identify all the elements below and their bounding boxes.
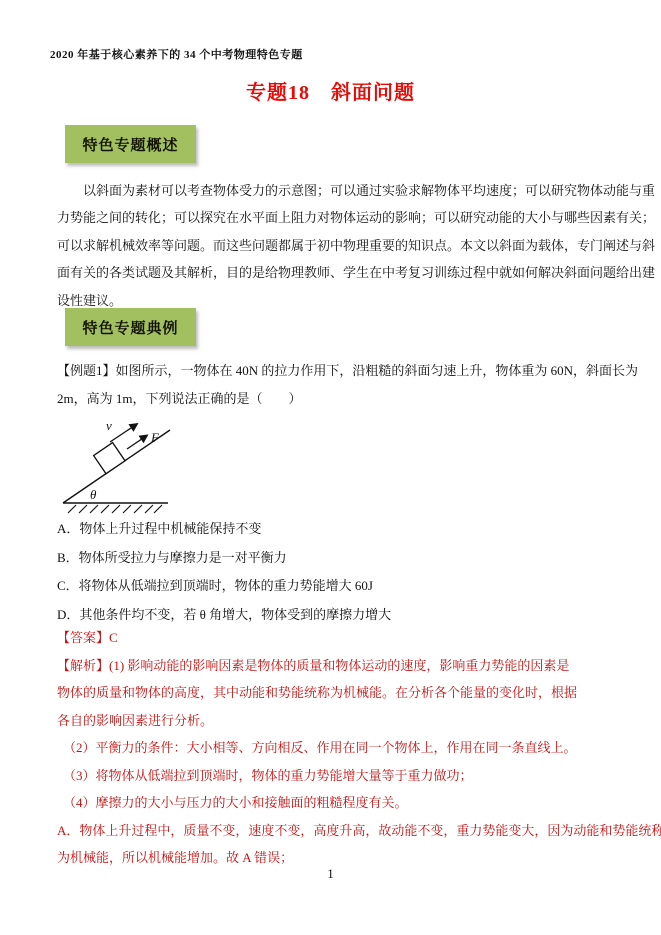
overview-line: 可以求解机械效率等问题。而这些问题都属于初中物理重要的知识点。本文以斜面为载体，… <box>57 232 617 259</box>
option-b: B．物体所受拉力与摩擦力是一对平衡力 <box>57 544 617 573</box>
page-title: 专题18 斜面问题 <box>0 76 661 105</box>
analysis-line: （3）将物体从低端拉到顶端时，物体的重力势能增大量等于重力做功； <box>57 762 617 790</box>
options-list: A．物体上升过程中机械能保持不变 B．物体所受拉力与摩擦力是一对平衡力 C．将物… <box>57 515 617 629</box>
document-header: 2020 年基于核心素养下的 34 个中考物理特色专题 <box>50 46 303 62</box>
analysis-line: （4）摩擦力的大小与压力的大小和接触面的粗糙程度有关。 <box>57 789 617 817</box>
analysis-line: 各自的影响因素进行分析。 <box>57 707 617 735</box>
section-label-example-text: 特色专题典例 <box>82 317 178 338</box>
example-statement: 【例题1】如图所示，一物体在 40N 的拉力作用下，沿粗糙的斜面匀速上升，物体重… <box>57 357 617 413</box>
section-label-overview-text: 特色专题概述 <box>82 134 178 155</box>
answer-line: 【答案】C <box>57 624 617 652</box>
overview-paragraph: 以斜面为素材可以考查物体受力的示意图；可以通过实验求解物体平均速度；可以研究物体… <box>57 177 617 314</box>
section-label-example: 特色专题典例 <box>65 308 196 346</box>
velocity-label: v <box>106 418 112 433</box>
velocity-arrow <box>110 424 137 442</box>
incline-plane-figure: F v θ <box>58 417 183 517</box>
overview-line: 力势能之间的转化；可以探究在水平面上阻力对物体运动的影响；可以研究动能的大小与哪… <box>57 204 617 231</box>
answer-and-analysis: 【答案】C 【解析】(1) 影响动能的影响因素是物体的质量和物体运动的速度，影响… <box>57 624 617 872</box>
example-statement-line: 【例题1】如图所示，一物体在 40N 的拉力作用下，沿粗糙的斜面匀速上升，物体重… <box>57 357 617 385</box>
ground-hatching <box>68 505 162 513</box>
analysis-line: （2）平衡力的条件：大小相等、方向相反、作用在同一个物体上，作用在同一条直线上。 <box>57 734 617 762</box>
page-number: 1 <box>0 866 661 882</box>
option-c: C．将物体从低端拉到顶端时，物体的重力势能增大 60J <box>57 572 617 601</box>
incline-plane-diagram: F v θ <box>58 417 183 517</box>
angle-label: θ <box>90 487 97 502</box>
option-a: A．物体上升过程中机械能保持不变 <box>57 515 617 544</box>
analysis-line: 【解析】(1) 影响动能的影响因素是物体的质量和物体运动的速度，影响重力势能的因… <box>57 652 617 680</box>
example-statement-line: 2m，高为 1m，下列说法正确的是（ ） <box>57 385 617 413</box>
section-label-overview: 特色专题概述 <box>65 125 196 163</box>
analysis-line: A．物体上升过程中，质量不变，速度不变，高度升高，故动能不变，重力势能变大，因为… <box>57 817 617 845</box>
block-on-incline <box>94 443 125 474</box>
force-label: F <box>150 430 160 445</box>
overview-line: 面有关的各类试题及其解析，目的是给物理教师、学生在中考复习训练过程中就如何解决斜… <box>57 259 617 286</box>
overview-line: 以斜面为素材可以考查物体受力的示意图；可以通过实验求解物体平均速度；可以研究物体… <box>57 177 617 204</box>
analysis-line: 物体的质量和物体的高度，其中动能和势能统称为机械能。在分析各个能量的变化时，根据 <box>57 679 617 707</box>
document-page: 2020 年基于核心素养下的 34 个中考物理特色专题 专题18 斜面问题 特色… <box>0 0 661 935</box>
